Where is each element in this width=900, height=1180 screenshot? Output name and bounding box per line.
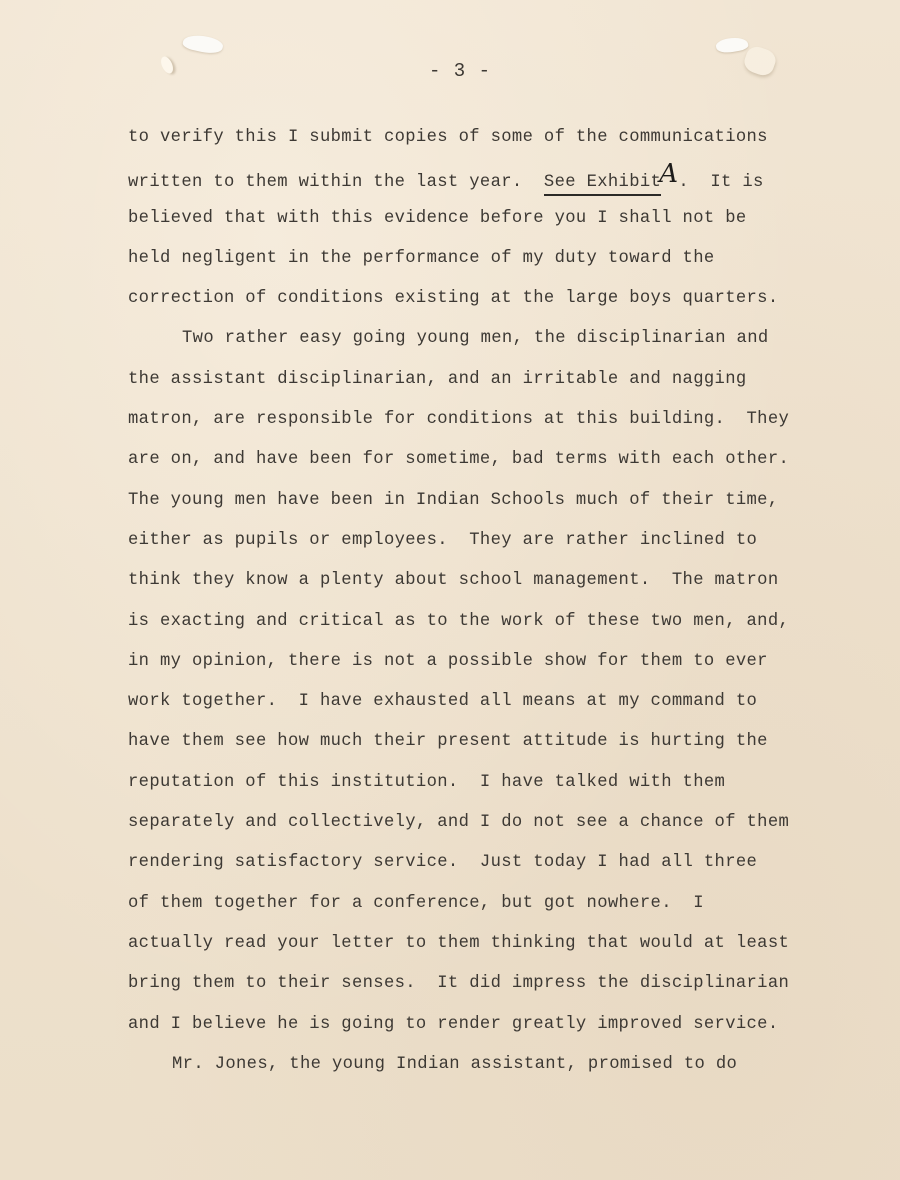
exhibit-link-underlined: See Exhibit <box>544 173 661 196</box>
text-line: is exacting and critical as to the work … <box>128 602 848 642</box>
text-line: to verify this I submit copies of some o… <box>128 118 848 158</box>
text-line: held negligent in the performance of my … <box>128 239 848 279</box>
text-line: believed that with this evidence before … <box>128 199 848 239</box>
paragraph-first-line: Mr. Jones, the young Indian assistant, p… <box>128 1045 848 1085</box>
text-line: rendering satisfactory service. Just tod… <box>128 843 848 883</box>
text-fragment: written to them within the last year. <box>128 173 544 192</box>
text-line: have them see how much their present att… <box>128 722 848 762</box>
text-line: think they know a plenty about school ma… <box>128 561 848 601</box>
text-fragment: . It is <box>678 173 763 192</box>
document-page: - 3 - to verify this I submit copies of … <box>0 0 900 1180</box>
text-line: work together. I have exhausted all mean… <box>128 682 848 722</box>
text-line: The young men have been in Indian School… <box>128 481 848 521</box>
text-line: are on, and have been for sometime, bad … <box>128 440 848 480</box>
text-line: reputation of this institution. I have t… <box>128 763 848 803</box>
text-line: matron, are responsible for conditions a… <box>128 400 848 440</box>
paragraph-first-line: Two rather easy going young men, the dis… <box>128 319 848 359</box>
handwritten-exhibit-letter: A <box>659 154 678 194</box>
page-number: - 3 - <box>0 60 900 82</box>
text-line: the assistant disciplinarian, and an irr… <box>128 360 848 400</box>
text-line: correction of conditions existing at the… <box>128 279 848 319</box>
punch-hole-right <box>715 35 749 54</box>
letter-body: to verify this I submit copies of some o… <box>128 118 848 1085</box>
text-line: in my opinion, there is not a possible s… <box>128 642 848 682</box>
text-line: actually read your letter to them thinki… <box>128 924 848 964</box>
text-line: and I believe he is going to render grea… <box>128 1005 848 1045</box>
text-line-exhibit-reference: written to them within the last year. Se… <box>128 158 848 198</box>
text-line: bring them to their senses. It did impre… <box>128 964 848 1004</box>
text-line: separately and collectively, and I do no… <box>128 803 848 843</box>
text-line: either as pupils or employees. They are … <box>128 521 848 561</box>
punch-hole-left <box>182 32 224 56</box>
text-line: of them together for a conference, but g… <box>128 884 848 924</box>
